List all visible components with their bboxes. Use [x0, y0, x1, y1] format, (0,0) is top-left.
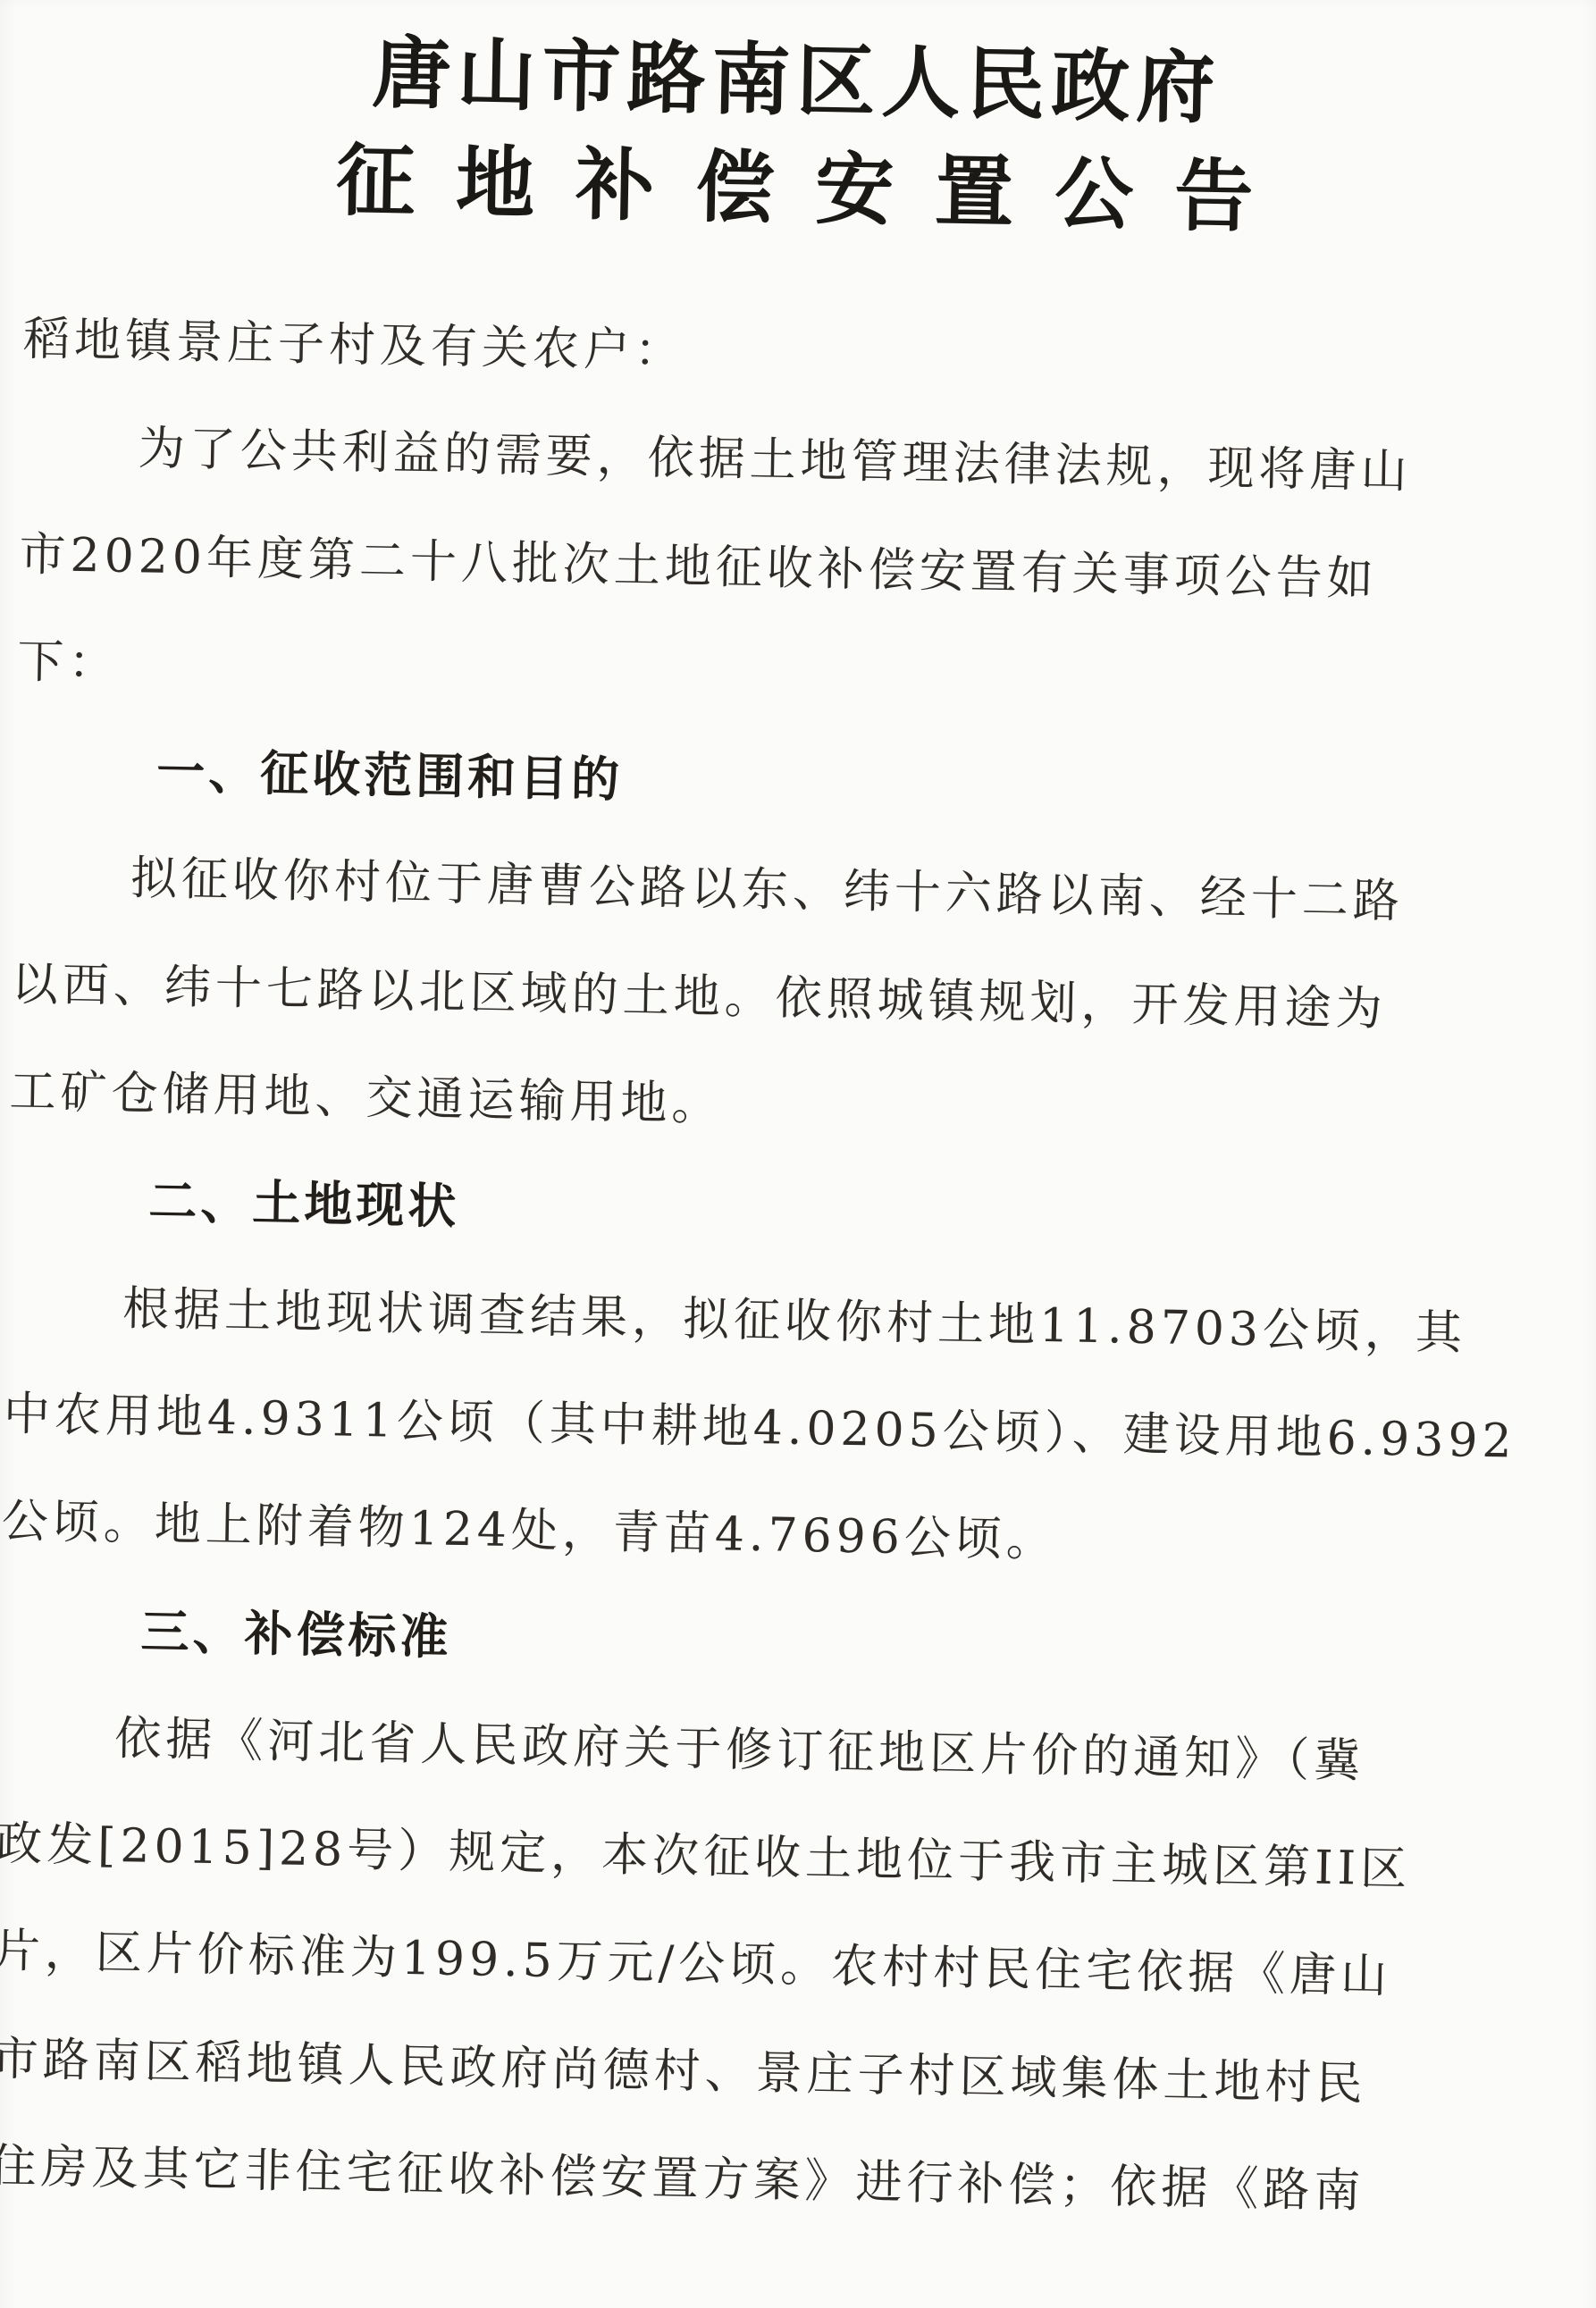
document-body: 稻地镇景庄子村及有关农户： 为了公共利益的需要，依据土地管理法律法规，现将唐山 … — [0, 285, 1591, 2249]
scanned-document-page: { "doc": { "title_line_1": "唐山市路南区人民政府",… — [0, 0, 1596, 2308]
document-title-block: 唐山市路南区人民政府 征地补偿安置公告 — [0, 0, 1596, 257]
document-sheet: 唐山市路南区人民政府 征地补偿安置公告 稻地镇景庄子村及有关农户： 为了公共利益… — [0, 0, 1596, 2249]
